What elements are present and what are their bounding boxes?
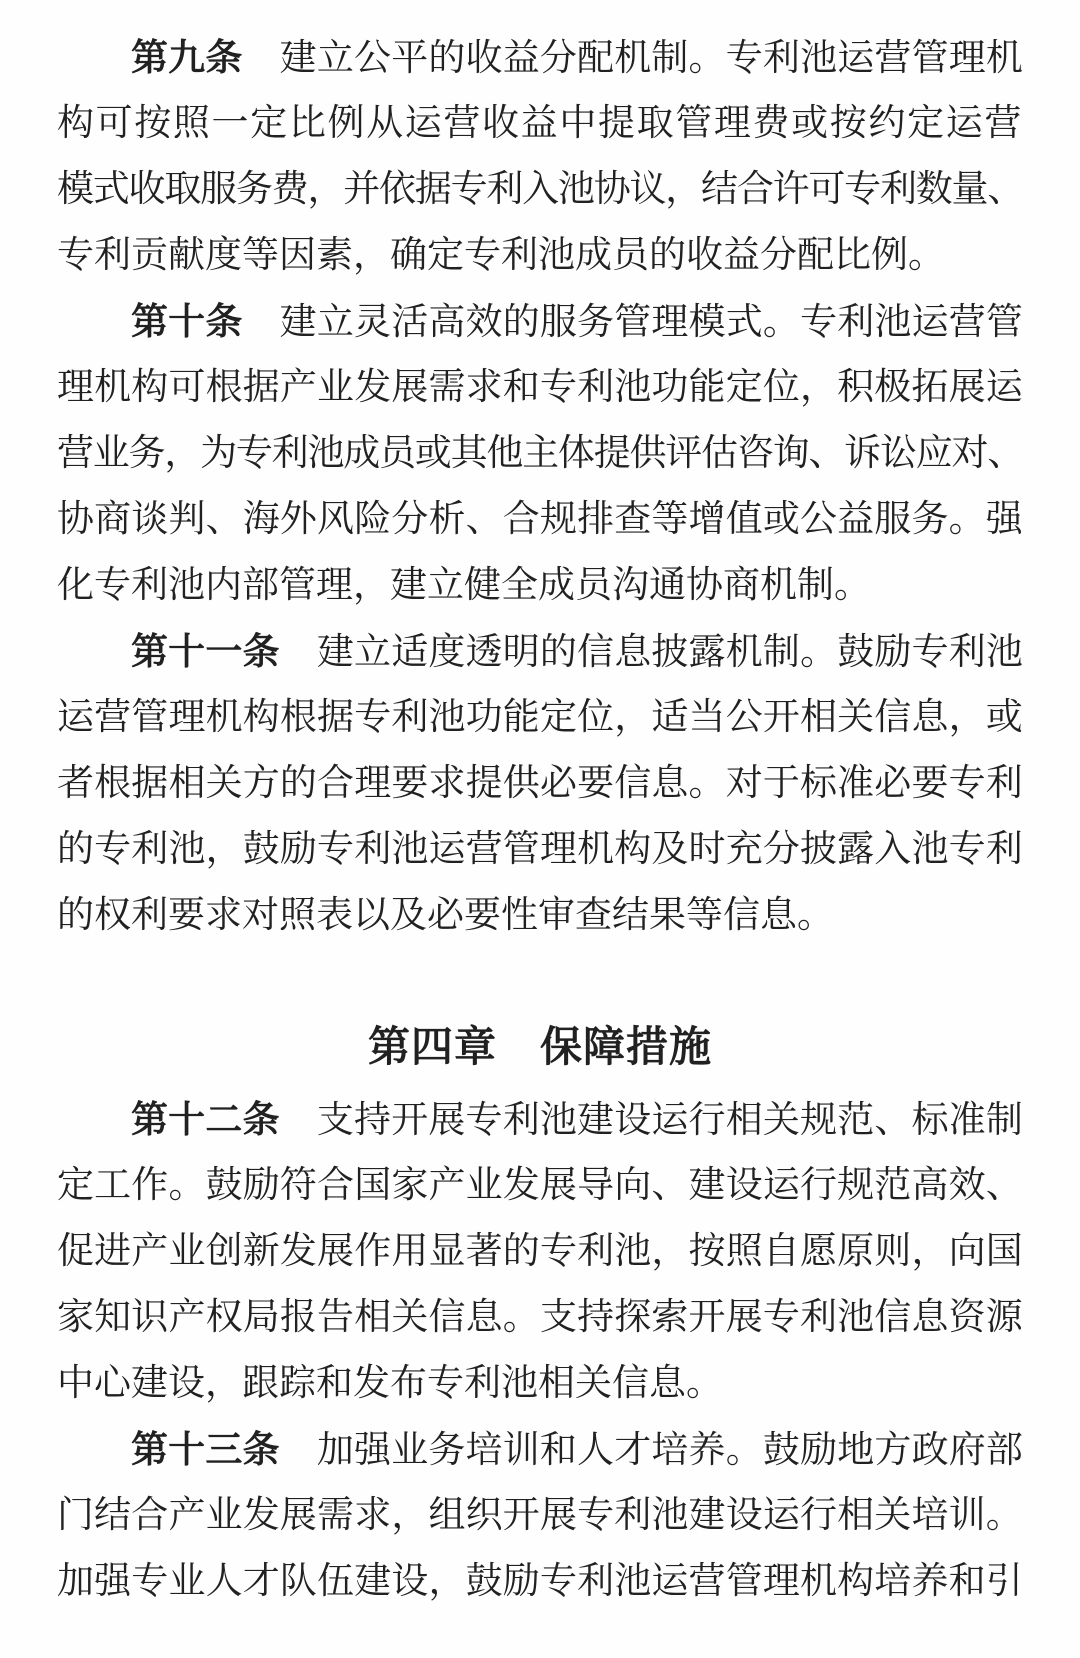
document-body: 第九条 建立公平的收益分配机制。专利池运营管理机构可按照一定比例从运营收益中提取…: [57, 25, 1023, 1615]
text-line: 协商谈判、海外风险分析、合规排查等增值或公益服务。强: [57, 487, 1023, 553]
text-line: 理机构可根据产业发展需求和专利池功能定位，积极拓展运: [57, 355, 1023, 421]
text-line: 营业务，为专利池成员或其他主体提供评估咨询、诉讼应对、: [57, 421, 1023, 487]
line-text: 化专利池内部管理，建立健全成员沟通协商机制。: [57, 565, 871, 606]
line-text: 加强业务培训和人才培养。鼓励地方政府部: [280, 1430, 1023, 1471]
line-text: 专利贡献度等因素，确定专利池成员的收益分配比例。: [57, 235, 945, 276]
text-line: 的专利池，鼓励专利池运营管理机构及时充分披露入池专利: [57, 817, 1023, 883]
line-text: 建立灵活高效的服务管理模式。专利池运营管: [243, 302, 1024, 343]
article-number: 第十一条: [131, 631, 280, 672]
text-line: 专利贡献度等因素，确定专利池成员的收益分配比例。: [57, 223, 1023, 289]
text-line: 第十三条 加强业务培训和人才培养。鼓励地方政府部: [57, 1417, 1023, 1483]
line-text: 理机构可根据产业发展需求和专利池功能定位，积极拓展运: [57, 367, 1023, 408]
line-text: 建立公平的收益分配机制。专利池运营管理机: [243, 38, 1024, 79]
text-line: 化专利池内部管理，建立健全成员沟通协商机制。: [57, 553, 1023, 619]
line-text: 构可按照一定比例从运营收益中提取管理费或按约定运营: [57, 103, 1023, 144]
line-text: 营业务，为专利池成员或其他主体提供评估咨询、诉讼应对、: [57, 433, 1023, 474]
text-line: 促进产业创新发展作用显著的专利池，按照自愿原则，向国: [57, 1219, 1023, 1285]
chapter-heading: 第四章 保障措施: [57, 1017, 1023, 1077]
text-line: 者根据相关方的合理要求提供必要信息。对于标准必要专利: [57, 751, 1023, 817]
text-line: 中心建设，跟踪和发布专利池相关信息。: [57, 1351, 1023, 1417]
line-text: 中心建设，跟踪和发布专利池相关信息。: [57, 1363, 723, 1404]
line-text: 建立适度透明的信息披露机制。鼓励专利池: [280, 632, 1023, 673]
text-line: 第十条 建立灵活高效的服务管理模式。专利池运营管: [57, 289, 1023, 355]
line-text: 运营管理机构根据专利池功能定位，适当公开相关信息，或: [57, 697, 1023, 738]
line-text: 加强专业人才队伍建设，鼓励专利池运营管理机构培养和引: [57, 1561, 1023, 1602]
article-number: 第十三条: [131, 1429, 280, 1470]
text-line: 第十一条 建立适度透明的信息披露机制。鼓励专利池: [57, 619, 1023, 685]
text-line: 第十二条 支持开展专利池建设运行相关规范、标准制: [57, 1087, 1023, 1153]
article-number: 第十二条: [131, 1099, 280, 1140]
text-line: 加强专业人才队伍建设，鼓励专利池运营管理机构培养和引: [57, 1549, 1023, 1615]
text-line: 门结合产业发展需求，组织开展专利池建设运行相关培训。: [57, 1483, 1023, 1549]
line-text: 定工作。鼓励符合国家产业发展导向、建设运行规范高效、: [57, 1165, 1023, 1206]
line-text: 促进产业创新发展作用显著的专利池，按照自愿原则，向国: [57, 1231, 1023, 1272]
line-text: 者根据相关方的合理要求提供必要信息。对于标准必要专利: [57, 763, 1023, 804]
line-text: 支持开展专利池建设运行相关规范、标准制: [280, 1100, 1023, 1141]
text-line: 定工作。鼓励符合国家产业发展导向、建设运行规范高效、: [57, 1153, 1023, 1219]
line-text: 家知识产权局报告相关信息。支持探索开展专利池信息资源: [57, 1297, 1023, 1338]
text-line: 的权利要求对照表以及必要性审查结果等信息。: [57, 883, 1023, 949]
text-line: 运营管理机构根据专利池功能定位，适当公开相关信息，或: [57, 685, 1023, 751]
document-page: 第九条 建立公平的收益分配机制。专利池运营管理机构可按照一定比例从运营收益中提取…: [0, 0, 1080, 1658]
line-text: 模式收取服务费，并依据专利入池协议，结合许可专利数量、: [57, 169, 1023, 210]
line-text: 协商谈判、海外风险分析、合规排查等增值或公益服务。强: [57, 499, 1023, 540]
line-text: 门结合产业发展需求，组织开展专利池建设运行相关培训。: [57, 1495, 1023, 1536]
text-line: 家知识产权局报告相关信息。支持探索开展专利池信息资源: [57, 1285, 1023, 1351]
text-line: 第九条 建立公平的收益分配机制。专利池运营管理机: [57, 25, 1023, 91]
text-line: 模式收取服务费，并依据专利入池协议，结合许可专利数量、: [57, 157, 1023, 223]
line-text: 的权利要求对照表以及必要性审查结果等信息。: [57, 895, 834, 936]
article-number: 第九条: [131, 37, 243, 78]
article-number: 第十条: [131, 301, 243, 342]
text-line: 构可按照一定比例从运营收益中提取管理费或按约定运营: [57, 91, 1023, 157]
line-text: 的专利池，鼓励专利池运营管理机构及时充分披露入池专利: [57, 829, 1023, 870]
